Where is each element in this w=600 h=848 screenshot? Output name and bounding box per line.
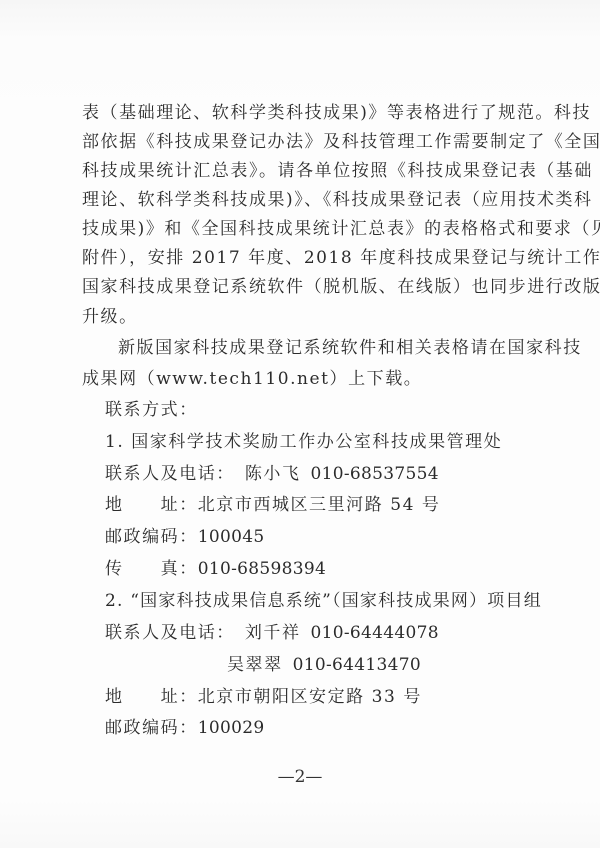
- contact1-postcode-row: 邮政编码：100045: [105, 526, 528, 548]
- contact2-person-row: 联系人及电话：刘千祥010-64444078: [105, 622, 528, 644]
- paragraph-line: 国家科技成果登记系统软件（脱机版、在线版）也同步进行改版: [82, 276, 528, 298]
- contact-name: 吴翠翠: [227, 655, 283, 675]
- paragraph-line: 表（基础理论、软科学类科技成果)》等表格进行了规范。科技: [82, 102, 528, 124]
- contact2-address-row: 地 址：北京市朝阳区安定路 33 号: [105, 686, 528, 708]
- contact-phone: 010-64444078: [311, 623, 439, 643]
- contact1-address-row: 地 址：北京市西城区三里河路 54 号: [105, 494, 528, 516]
- contact2-title: 2. “国家科技成果信息系统”（国家科技成果网）项目组: [105, 590, 528, 612]
- contact1-title: 1. 国家科学技术奖励工作办公室科技成果管理处: [105, 431, 528, 453]
- paragraph-line: 部依据《科技成果登记办法》及科技管理工作需要制定了《全国: [82, 131, 528, 153]
- contact2-person-row: 吴翠翠010-64413470: [227, 654, 527, 676]
- contact-label: 联系人及电话：: [105, 464, 235, 484]
- paragraph-line: 新版国家科技成果登记系统软件和相关表格请在国家科技: [118, 337, 528, 359]
- contact-label: 联系人及电话：: [105, 623, 235, 643]
- document-page: 表（基础理论、软科学类科技成果)》等表格进行了规范。科技 部依据《科技成果登记办…: [0, 0, 600, 848]
- paragraph-line: 技成果)》和《全国科技成果统计汇总表》的表格格式和要求（见: [82, 218, 528, 240]
- address-value: 北京市朝阳区安定路 33 号: [198, 687, 422, 707]
- download-text: 成果网（www.tech110.net）上下载。: [82, 369, 422, 389]
- contact1-fax-row: 传 真：010-68598394: [105, 558, 528, 580]
- postcode-label: 邮政编码：: [105, 527, 198, 547]
- contact-phone: 010-64413470: [293, 655, 421, 675]
- contact-name: 刘千祥: [245, 623, 301, 643]
- address-label: 地 址：: [105, 495, 198, 515]
- postcode-value: 100045: [198, 527, 265, 547]
- contact1-person-row: 联系人及电话：陈小飞010-68537554: [105, 463, 528, 485]
- paragraph-line: 成果网（www.tech110.net）上下载。: [82, 368, 528, 390]
- paragraph-line: 附件），安排 2017 年度、2018 年度科技成果登记与统计工作，: [82, 247, 528, 269]
- paragraph-line: 升级。: [82, 306, 528, 328]
- paragraph-line: 理论、软科学类科技成果)》、《科技成果登记表（应用技术类科: [82, 189, 528, 211]
- postcode-value: 100029: [198, 718, 265, 738]
- address-value: 北京市西城区三里河路 54 号: [198, 495, 441, 515]
- fax-value: 010-68598394: [198, 559, 326, 579]
- contact-name: 陈小飞: [245, 464, 301, 484]
- contact2-postcode-row: 邮政编码：100029: [105, 717, 528, 739]
- fax-label: 传 真：: [105, 559, 198, 579]
- paragraph-line: 科技成果统计汇总表》。请各单位按照《科技成果登记表（基础: [82, 160, 528, 182]
- postcode-label: 邮政编码：: [105, 718, 198, 738]
- address-label: 地 址：: [105, 687, 198, 707]
- contact-heading: 联系方式：: [105, 399, 551, 421]
- contact-phone: 010-68537554: [311, 464, 439, 484]
- page-number: —2—: [0, 766, 600, 788]
